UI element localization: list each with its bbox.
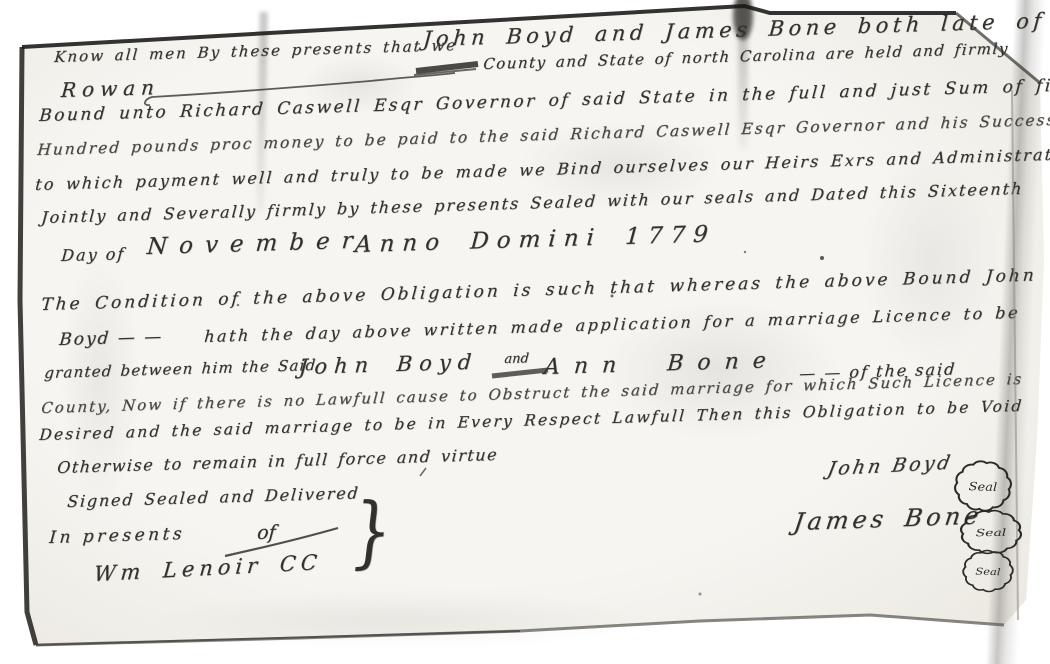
word-and: and: [504, 351, 530, 367]
attestation-brace: }: [350, 485, 393, 578]
line-day-of: Day of: [61, 244, 126, 265]
line-in-presents: In presents: [48, 524, 185, 548]
line-rowan: Rowan: [60, 75, 161, 102]
word-of: of: [256, 521, 276, 544]
document-scan: Know all men By these presents that we J…: [0, 0, 1050, 664]
line-condition-boyd: Boyd — —: [58, 327, 163, 350]
